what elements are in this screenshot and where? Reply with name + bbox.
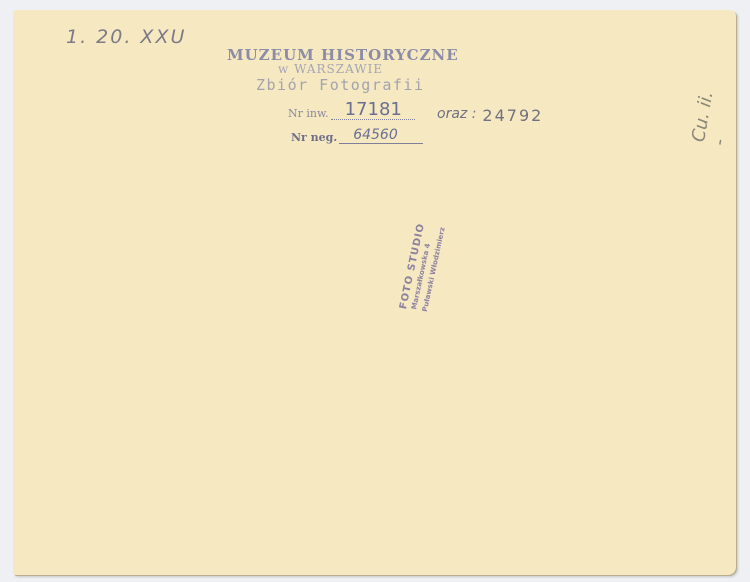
negative-label: Nr neg.	[291, 131, 337, 144]
negative-number: 64560	[353, 127, 398, 143]
inventory-line: 17181	[331, 105, 415, 120]
negative-line: 64560	[339, 129, 423, 144]
inventory-number: 17181	[345, 99, 402, 120]
inventory-label: Nr inw.	[288, 107, 329, 120]
negative-number-row: Nr neg. 64560	[291, 129, 423, 144]
inventory-number-row: Nr inw. 17181	[288, 105, 415, 120]
museum-stamp-collection: Zbiór Fotografii	[256, 76, 425, 94]
handwritten-date: 1. 20. XXU	[66, 26, 186, 48]
also-label: oraz :	[437, 106, 476, 125]
also-value: 24792	[482, 106, 543, 125]
museum-stamp-city: w WARSZAWIE	[278, 62, 383, 76]
photo-back-paper	[13, 10, 736, 575]
also-number: oraz : 24792	[437, 106, 543, 125]
